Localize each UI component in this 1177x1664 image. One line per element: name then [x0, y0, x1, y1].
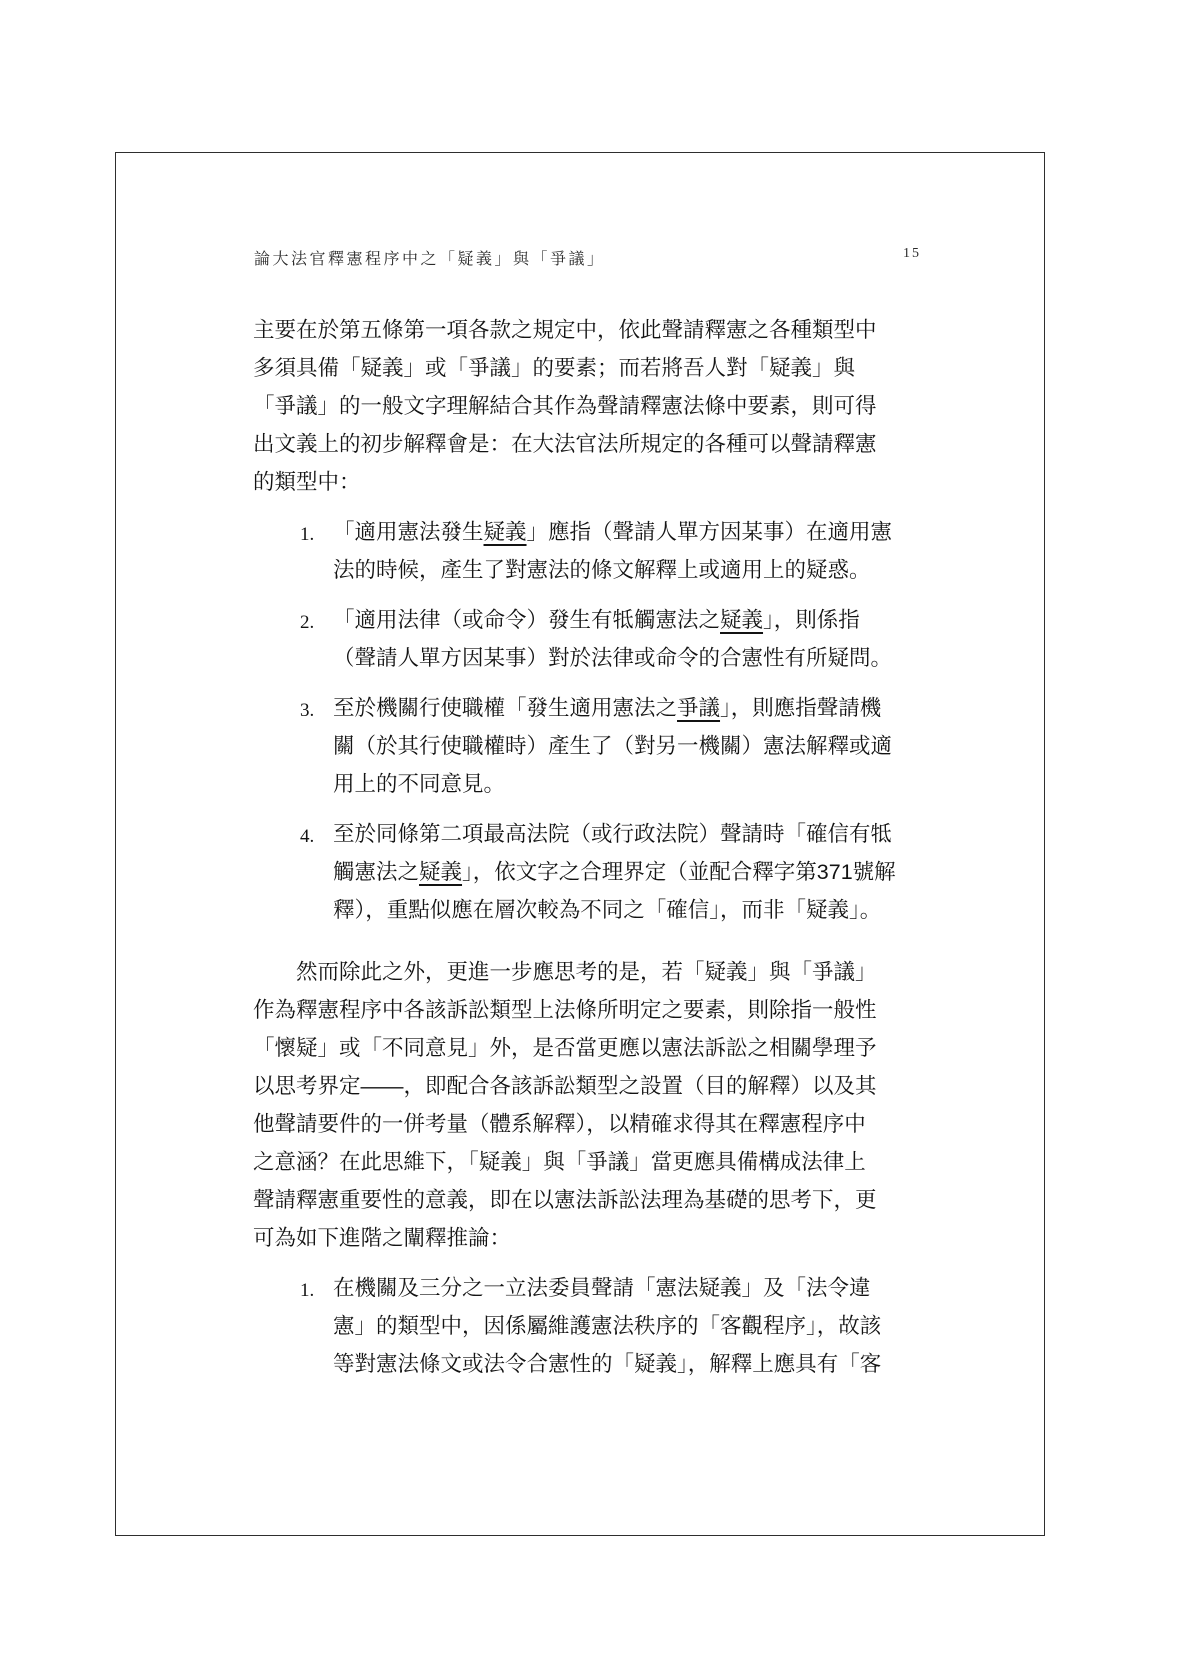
text-line: 之意涵？在此思維下，「疑義」與「爭議」當更應具備構成法律上 [253, 1143, 893, 1181]
ordered-list-2: 1. 在機關及三分之一立法委員聲請「憲法疑義」及「法令違憲」的類型中，因係屬維護… [253, 1269, 893, 1383]
text-line: 憲」的類型中，因係屬維護憲法秩序的「客觀程序」，故該 [333, 1307, 881, 1345]
list-item-number: 1. [300, 1269, 333, 1383]
list-item-text: 至於同條第二項最高法院（或行政法院）聲請時「確信有牴觸憲法之疑義」，依文字之合理… [333, 815, 896, 929]
list-item: 3. 至於機關行使職權「發生適用憲法之爭議」，則應指聲請機關（於其行使職權時）產… [253, 689, 893, 803]
body-text: 主要在於第五條第一項各款之規定中，依此聲請釋憲之各種類型中多須具備「疑義」或「爭… [253, 311, 893, 1383]
underlined-term: 疑義 [720, 608, 763, 632]
text-segment: 觸憲法之 [333, 860, 419, 884]
list-item-text: 「適用憲法發生疑義」應指（聲請人單方因某事）在適用憲法的時候，產生了對憲法的條文… [333, 513, 892, 589]
running-header-title: 論大法官釋憲程序中之「疑義」與「爭議」 [254, 246, 606, 269]
underlined-term: 疑義 [484, 520, 527, 544]
list-item: 1. 在機關及三分之一立法委員聲請「憲法疑義」及「法令違憲」的類型中，因係屬維護… [253, 1269, 893, 1383]
text-line: 出文義上的初步解釋會是：在大法官法所規定的各種可以聲請釋憲 [253, 425, 893, 463]
underlined-term: 疑義 [419, 860, 462, 884]
text-line: 作為釋憲程序中各該訴訟類型上法條所明定之要素，則除指一般性 [253, 991, 893, 1029]
list-item-text: 在機關及三分之一立法委員聲請「憲法疑義」及「法令違憲」的類型中，因係屬維護憲法秩… [333, 1269, 881, 1383]
underlined-term: 爭議 [677, 696, 720, 720]
list-item-number: 3. [300, 689, 333, 803]
text-segment: 「適用法律（或命令）發生有牴觸憲法之 [333, 608, 720, 632]
text-line: 法的時候，產生了對憲法的條文解釋上或適用上的疑惑。 [333, 551, 892, 589]
text-line: 他聲請要件的一併考量（體系解釋），以精確求得其在釋憲程序中 [253, 1105, 893, 1143]
list-item-text: 「適用法律（或命令）發生有牴觸憲法之疑義」，則係指（聲請人單方因某事）對於法律或… [333, 601, 892, 677]
list-item: 1. 「適用憲法發生疑義」應指（聲請人單方因某事）在適用憲法的時候，產生了對憲法… [253, 513, 893, 589]
text-line: 「爭議」的一般文字理解結合其作為聲請釋憲法條中要素，則可得 [253, 387, 893, 425]
text-segment: 至於機關行使職權「發生適用憲法之 [333, 696, 677, 720]
text-line: 關（於其行使職權時）產生了（對另一機關）憲法解釋或適 [333, 727, 892, 765]
text-line: 至於同條第二項最高法院（或行政法院）聲請時「確信有牴 [333, 815, 896, 853]
list-item-number: 1. [300, 513, 333, 589]
text-line: 至於機關行使職權「發生適用憲法之爭議」，則應指聲請機 [333, 689, 892, 727]
text-line: 用上的不同意見。 [333, 765, 892, 803]
paragraph-2: 然而除此之外，更進一步應思考的是，若「疑義」與「爭議」作為釋憲程序中各該訴訟類型… [253, 953, 893, 1257]
list-item-text: 至於機關行使職權「發生適用憲法之爭議」，則應指聲請機關（於其行使職權時）產生了（… [333, 689, 892, 803]
text-line: 觸憲法之疑義」，依文字之合理界定（並配合釋字第371號解 [333, 853, 896, 891]
text-line: 釋），重點似應在層次較為不同之「確信」，而非「疑義」。 [333, 891, 896, 929]
text-line: 「適用憲法發生疑義」應指（聲請人單方因某事）在適用憲 [333, 513, 892, 551]
ordered-list-1: 1. 「適用憲法發生疑義」應指（聲請人單方因某事）在適用憲法的時候，產生了對憲法… [253, 513, 893, 929]
text-line: 在機關及三分之一立法委員聲請「憲法疑義」及「法令違 [333, 1269, 881, 1307]
text-line: 多須具備「疑義」或「爭議」的要素；而若將吾人對「疑義」與 [253, 349, 893, 387]
text-segment: 」，則應指聲請機 [720, 696, 881, 720]
list-item: 2. 「適用法律（或命令）發生有牴觸憲法之疑義」，則係指（聲請人單方因某事）對於… [253, 601, 893, 677]
text-line: （聲請人單方因某事）對於法律或命令的合憲性有所疑問。 [333, 639, 892, 677]
text-line: 然而除此之外，更進一步應思考的是，若「疑義」與「爭議」 [253, 953, 893, 991]
text-line: 等對憲法條文或法令合憲性的「疑義」，解釋上應具有「客 [333, 1345, 881, 1383]
text-segment: 「適用憲法發生 [333, 520, 484, 544]
page-number: 15 [903, 246, 921, 262]
text-segment: 」，依文字之合理界定（並配合釋字第371號解 [462, 860, 896, 884]
text-line: 主要在於第五條第一項各款之規定中，依此聲請釋憲之各種類型中 [253, 311, 893, 349]
text-line: 以思考界定——，即配合各該訴訟類型之設置（目的解釋）以及其 [253, 1067, 893, 1105]
list-item-number: 4. [300, 815, 333, 929]
text-segment: 」，則係指 [763, 608, 860, 632]
text-line: 可為如下進階之闡釋推論： [253, 1219, 893, 1257]
text-line: 的類型中： [253, 463, 893, 501]
paragraph-1: 主要在於第五條第一項各款之規定中，依此聲請釋憲之各種類型中多須具備「疑義」或「爭… [253, 311, 893, 501]
list-item: 4. 至於同條第二項最高法院（或行政法院）聲請時「確信有牴觸憲法之疑義」，依文字… [253, 815, 893, 929]
text-line: 「懷疑」或「不同意見」外，是否當更應以憲法訴訟之相關學理予 [253, 1029, 893, 1067]
list-item-number: 2. [300, 601, 333, 677]
text-line: 「適用法律（或命令）發生有牴觸憲法之疑義」，則係指 [333, 601, 892, 639]
text-segment: 」應指（聲請人單方因某事）在適用憲 [527, 520, 893, 544]
text-line: 聲請釋憲重要性的意義，即在以憲法訴訟法理為基礎的思考下，更 [253, 1181, 893, 1219]
